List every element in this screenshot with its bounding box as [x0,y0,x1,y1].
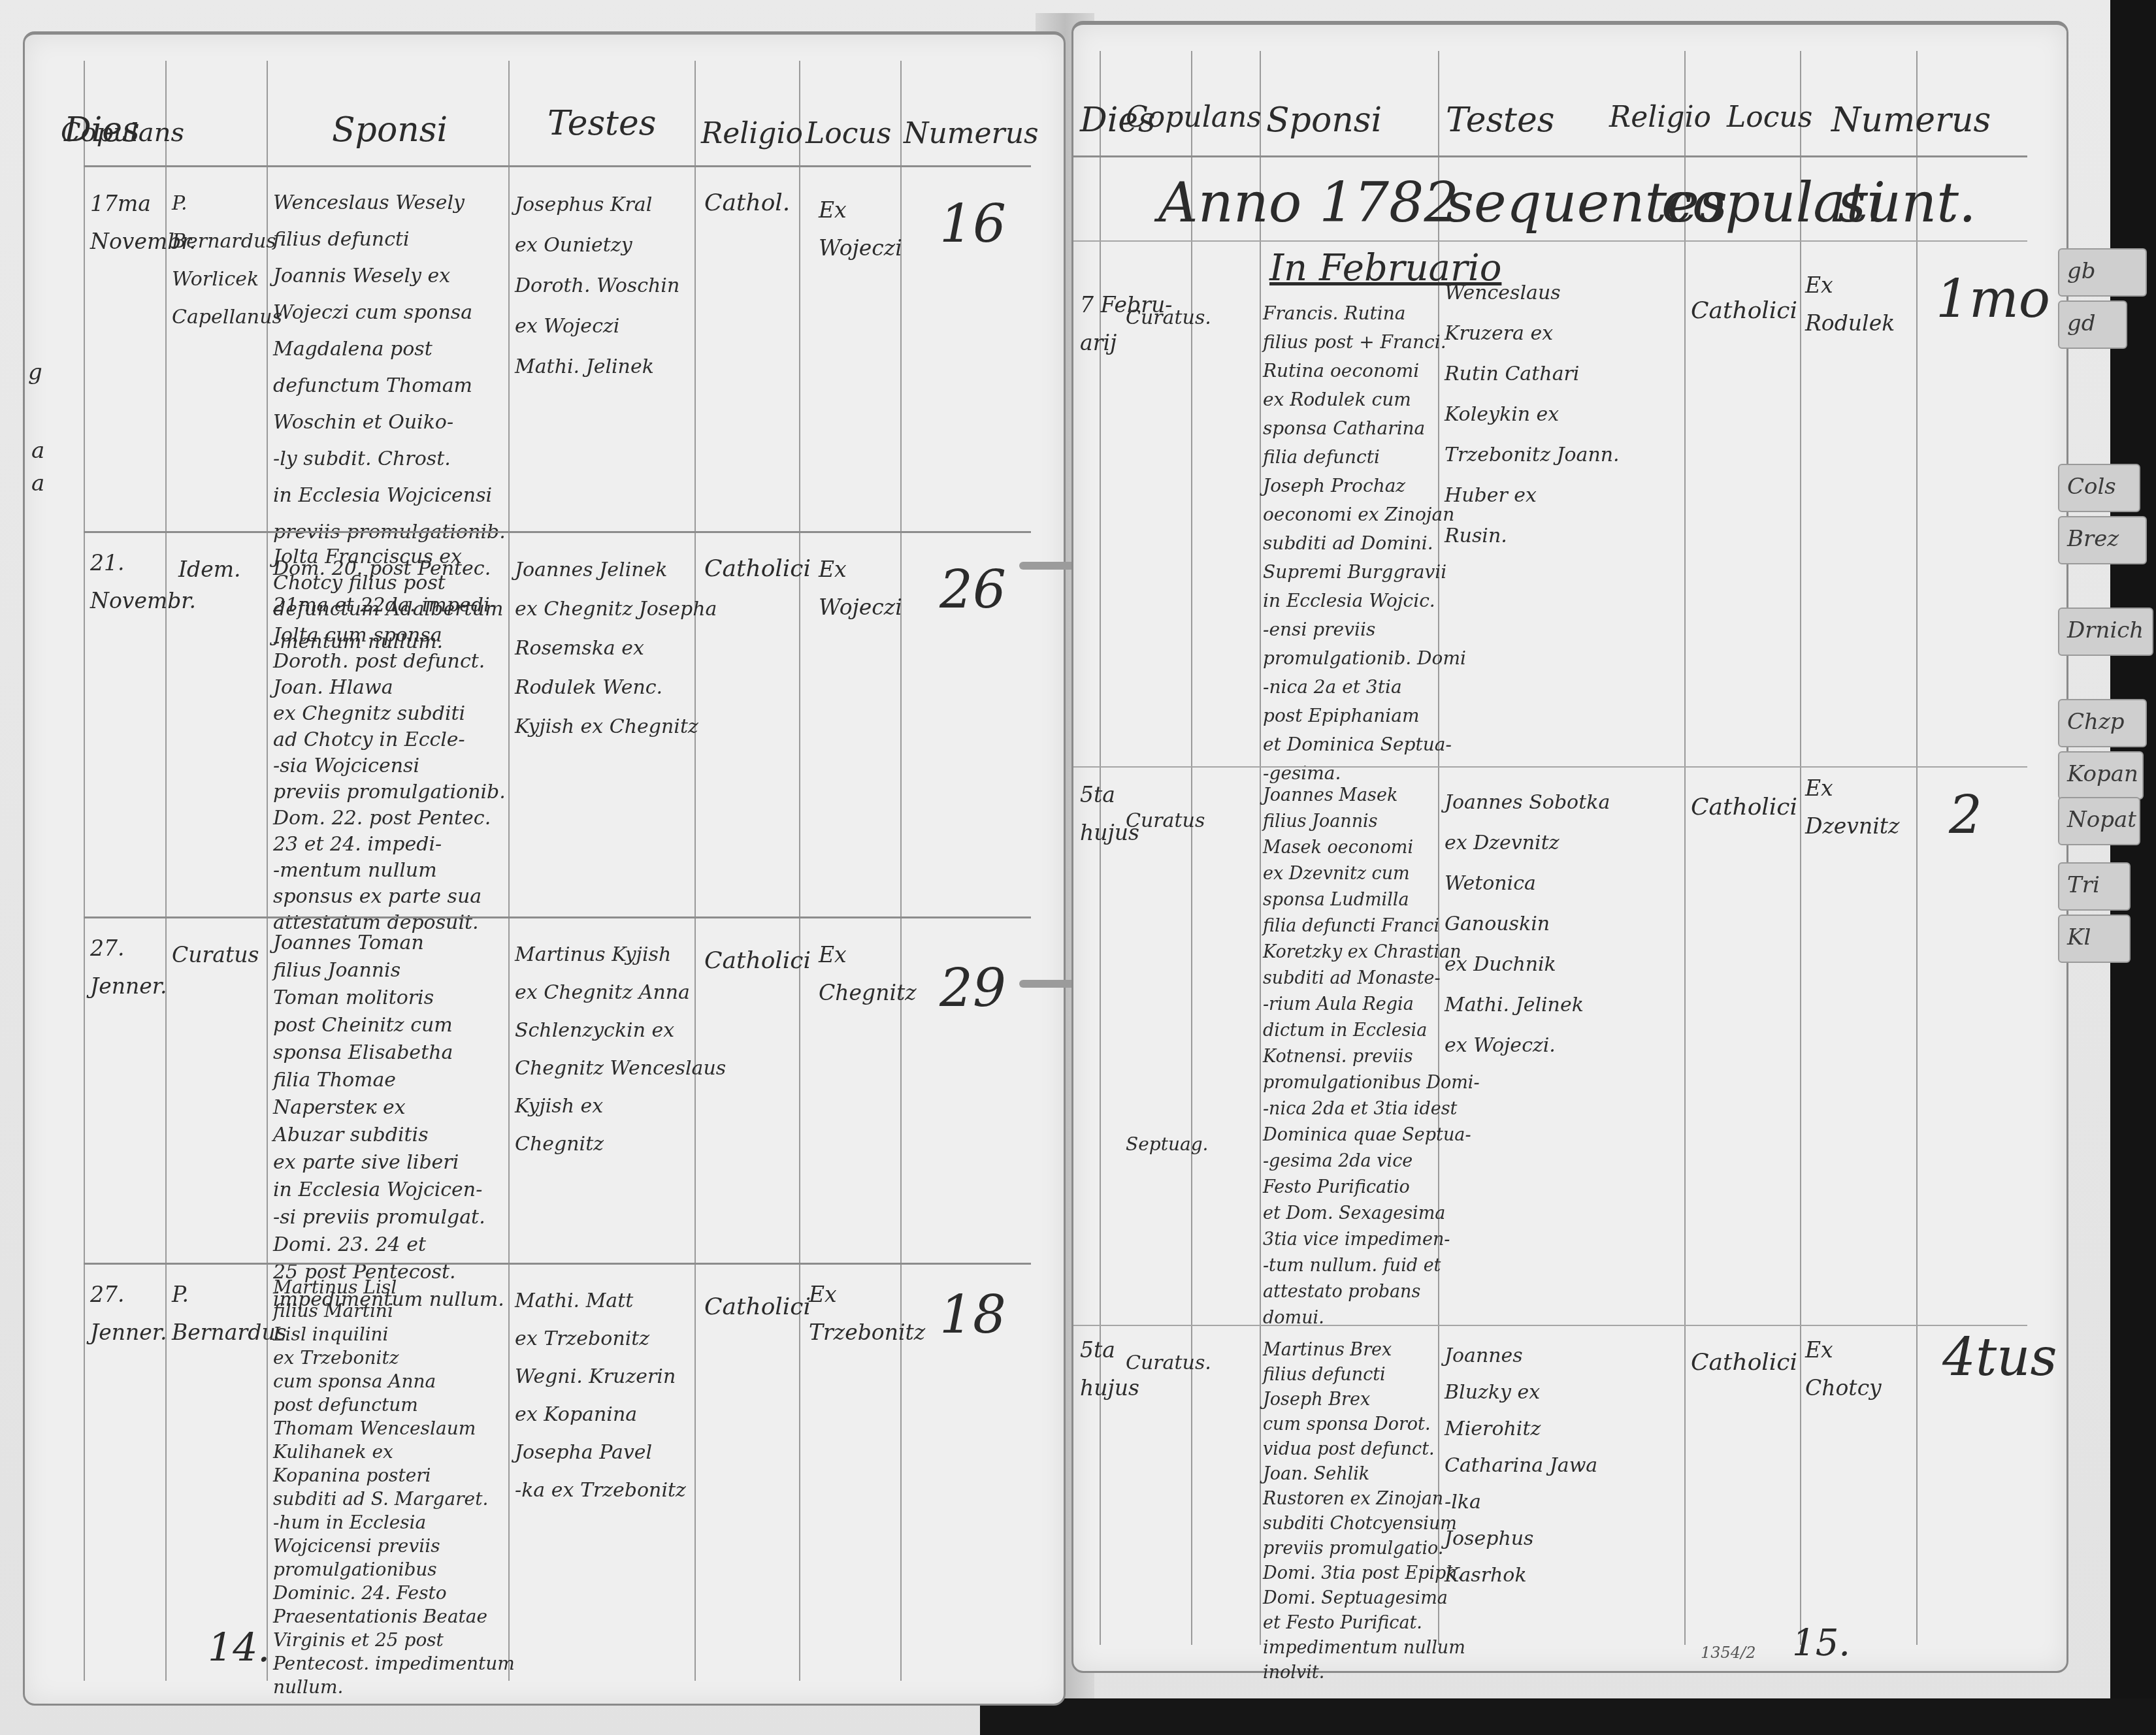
index-tab[interactable]: Chzp [2058,699,2147,747]
entry-r1-sponsi: Francis. Rutinafilius post + Franci.Ruti… [1263,299,1466,788]
entry-4-sponsi: Martinus Lislfilius MartiniLisl inquilin… [273,1276,515,1699]
entry-2-locus: ExWojeczi [819,551,902,626]
col-header-testes-right: Testes [1446,103,1554,137]
col-header-sponsi: Sponsi [332,113,448,147]
index-tab[interactable]: gb [2058,248,2147,297]
entry-4-copulans: P.Bernardus [172,1276,287,1352]
index-tab[interactable]: Kopan [2058,751,2144,800]
entry-1-numerus: 16 [939,198,1006,250]
index-tab[interactable]: Nopat [2058,797,2140,845]
entry-r3-copulans: Curatus. [1126,1344,1211,1382]
index-tab[interactable]: gd [2058,300,2127,349]
entry-4-testes: Mathi. Mattex TrzebonitzWegni. Kruzerine… [515,1282,686,1510]
entry-3-copulans: Curatus [172,936,259,974]
entry-r2-testes: Joannes Sobotkaex DzevnitzWetonicaGanous… [1445,783,1610,1066]
entry-3-religio: Catholici [704,949,811,973]
entry-3-dies: 27.Jenner. [90,930,167,1005]
entry-3-testes: Martinus Kyjishex Chegnitz AnnaSchlenzyc… [515,936,726,1163]
entry-2-testes: Joannes Jelinekex Chegnitz JosephaRosems… [515,551,717,747]
col-header-copulans: Copulans [61,120,184,146]
entry-1-copulans: P.BernardusWorlicekCapellanus [172,185,282,336]
entry-r1-numerus: 1mo [1936,273,2050,325]
col-header-locus-right: Locus [1727,103,1812,132]
entry-2-numerus: 26 [939,564,1006,616]
entry-r2-numerus: 2 [1949,789,1982,841]
entry-r3-numerus: 4tus [1942,1331,2057,1384]
left-page-number: 14. [208,1629,270,1668]
entry-4-numerus: 18 [939,1289,1006,1341]
entry-3-locus: ExChegnitz [819,936,917,1012]
entry-r1-copulans: Curatus. [1126,299,1211,337]
entry-r1-religio: Catholici [1691,299,1797,323]
index-tabs: gb gd Cols Brez Drnich Chzp Kopan Nopat … [2058,248,2149,1084]
col-header-religio: Religio [701,120,803,148]
index-tab[interactable]: Cols [2058,464,2140,512]
archive-pencil-note: 1354/2 [1701,1645,1756,1661]
col-header-locus: Locus [806,120,891,148]
entry-4-religio: Catholici [704,1295,811,1319]
register-title-anno: Anno 1782 [1158,175,1459,230]
entry-2-religio: Catholici [704,557,811,581]
index-tab[interactable]: Brez [2058,516,2147,564]
col-header-religio-right: Religio [1609,103,1711,132]
entry-2-copulans: Idem. [178,551,240,589]
entry-4-dies: 27.Jenner. [90,1276,167,1352]
margin-note-a2: a [31,472,44,495]
col-header-numerus: Numerus [904,120,1039,148]
entry-2-sponsi: Jolta Franciscus exChotcy filius postdef… [273,544,506,936]
entry-r2-copulans: Curatus [1126,802,1205,840]
entry-r2-locus: ExDzevnitz [1805,770,1899,845]
margin-note-a1: a [31,440,44,462]
entry-1-testes: Josephus Kralex OunietzyDoroth. Woschine… [515,185,679,387]
col-header-sponsi-right: Sponsi [1266,103,1382,137]
entry-1-religio: Cathol. [704,191,790,215]
col-header-numerus-right: Numerus [1831,103,1991,137]
margin-note-g: g [28,361,42,383]
entry-r3-locus: ExChotcy [1805,1331,1882,1407]
entry-3-sponsi: Joannes Tomanfilius JoannisToman molitor… [273,930,504,1314]
left-page: Dies Copulans Sponsi Testes Religio Locu… [23,31,1066,1706]
col-header-copulans-right: Copulans [1126,103,1262,132]
entry-r3-sponsi: Martinus Brexfilius defunctiJoseph Brexc… [1263,1338,1465,1685]
entry-r3-religio: Catholici [1691,1351,1797,1374]
index-tab[interactable]: Tri [2058,862,2131,911]
index-tab[interactable]: Kl [2058,915,2131,963]
entry-r3-testes: JoannesBluzky exMierohitzCatharina Jawa-… [1445,1338,1597,1594]
entry-1-locus: ExWojeczi [819,191,902,267]
entry-r2-religio: Catholici [1691,796,1797,819]
margin-note-septuag: Septuag. [1126,1135,1208,1154]
right-page: Dies Copulans Sponsi Testes Religio Locu… [1071,21,2068,1673]
entry-3-numerus: 29 [939,962,1006,1014]
register-title-sunt: sunt. [1838,175,1976,230]
entry-r1-testes: WenceslausKruzera exRutin CathariKoleyki… [1445,273,1620,557]
col-header-testes: Testes [547,106,656,140]
right-page-number: 15. [1792,1625,1850,1662]
entry-r1-locus: ExRodulek [1805,267,1895,342]
index-tab[interactable]: Drnich [2058,608,2153,656]
scan-edge-bottom [980,1698,2156,1735]
entry-4-locus: ExTrzebonitz [809,1276,925,1352]
